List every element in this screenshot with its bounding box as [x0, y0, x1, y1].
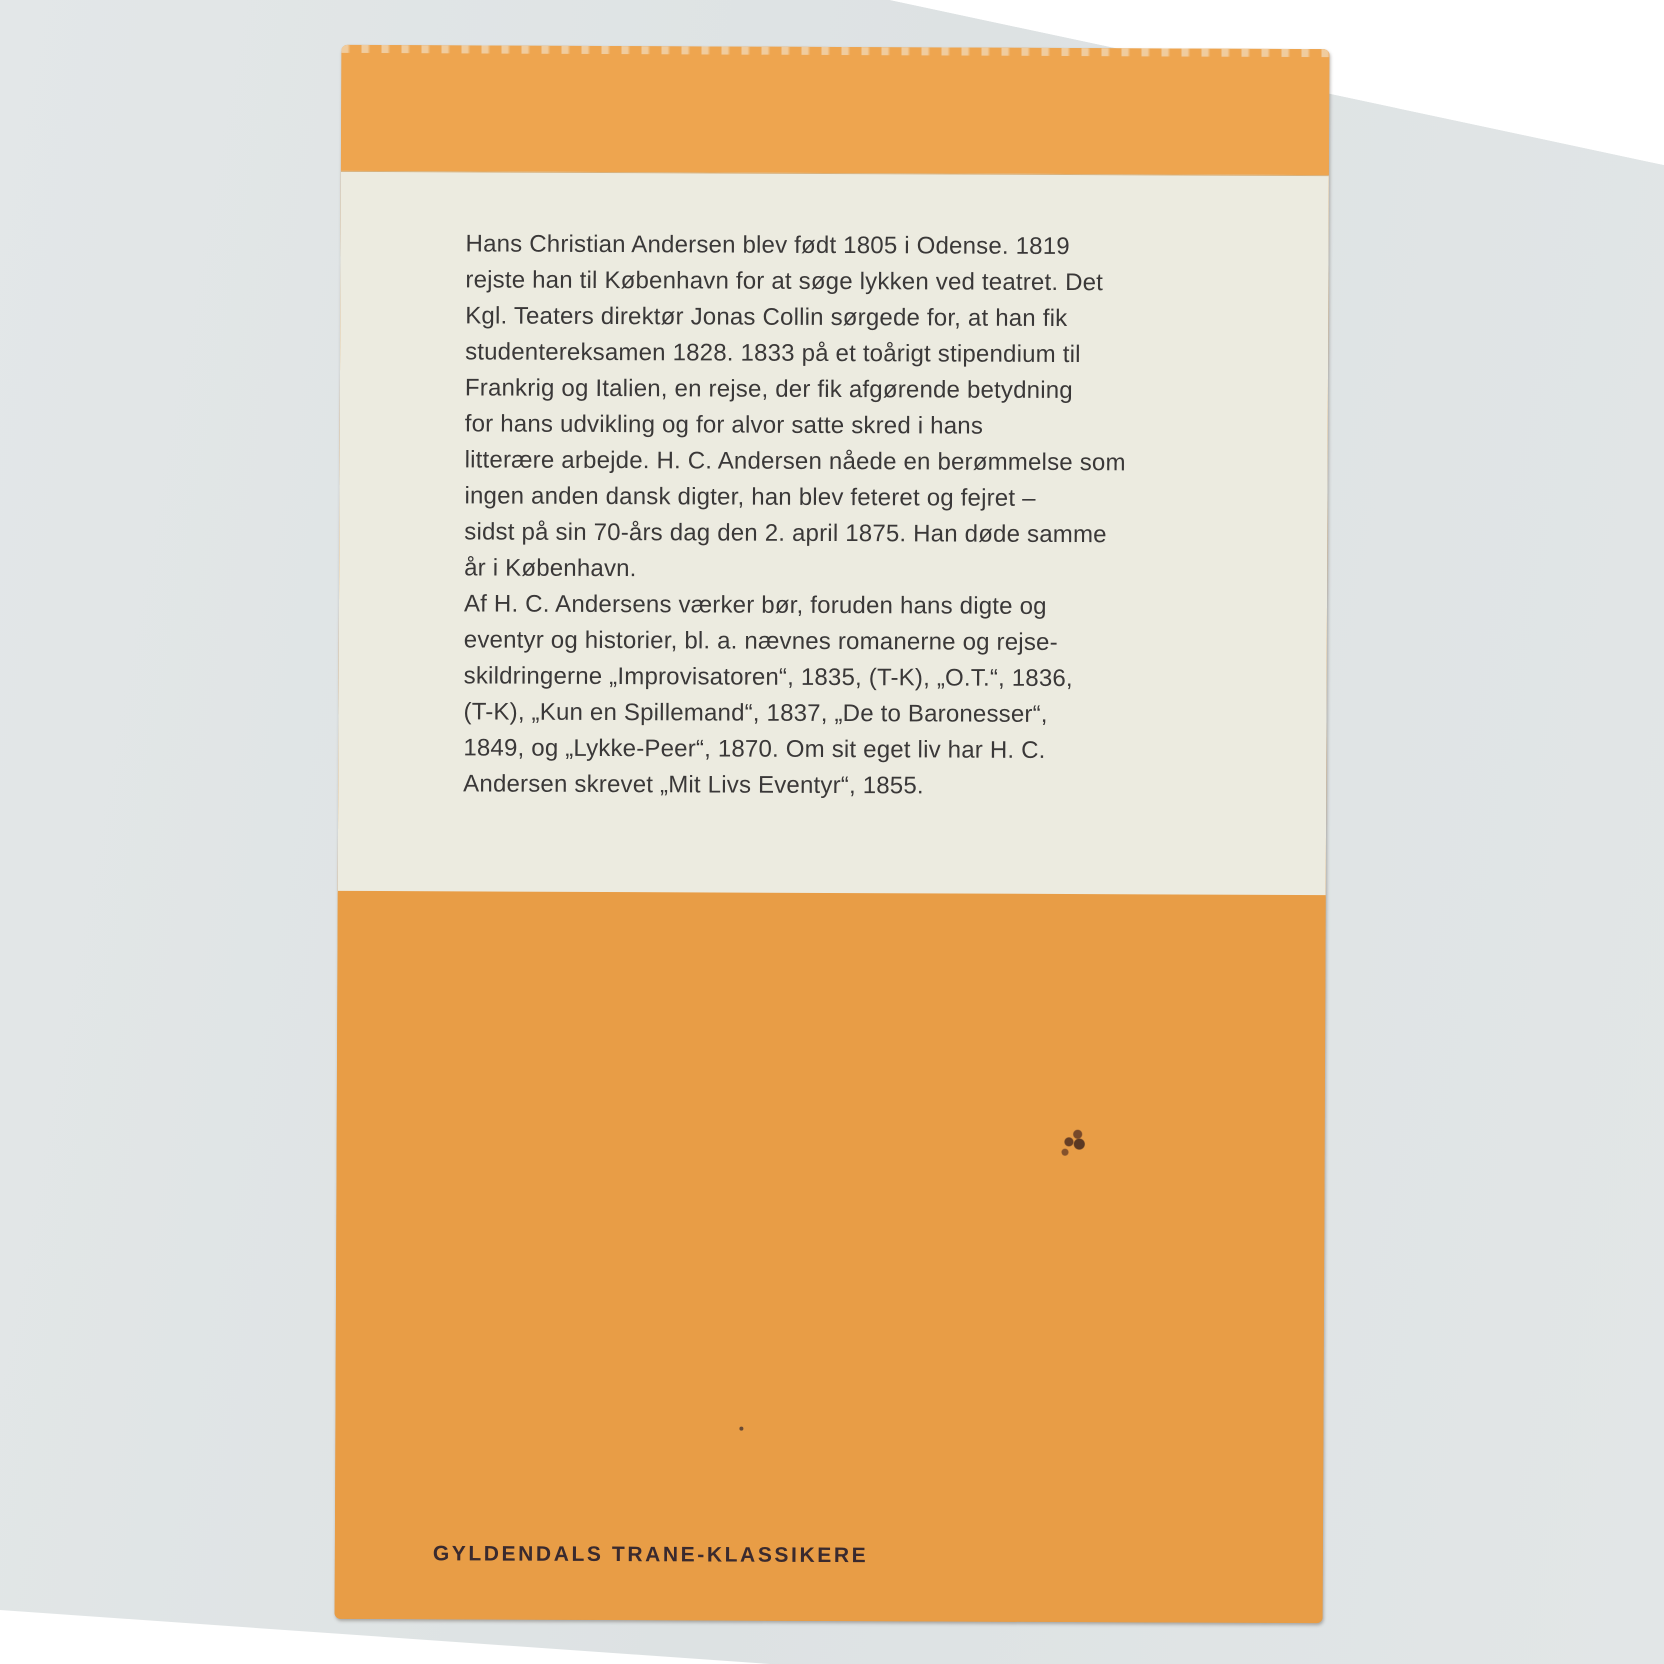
blurb-line: sidst på sin 70-års dag den 2. april 187…	[464, 514, 1284, 554]
blurb-line: Andersen skrevet „Mit Livs Eventyr“, 185…	[463, 766, 1283, 806]
top-orange-band	[341, 45, 1330, 175]
bottom-orange-band	[335, 891, 1326, 1623]
book-back-cover: Hans Christian Andersen blev født 1805 i…	[335, 45, 1330, 1623]
blurb-line: år i København.	[464, 550, 1284, 590]
publisher-series-label: GYLDENDALS TRANE-KLASSIKERE	[433, 1542, 868, 1568]
blurb-line: litterære arbejde. H. C. Andersen nåede …	[465, 442, 1285, 482]
blurb-line: 1849, og „Lykke-Peer“, 1870. Om sit eget…	[463, 730, 1283, 770]
blurb-line: skildringerne „Improvisatoren“, 1835, (T…	[464, 658, 1284, 698]
speck-mark	[739, 1427, 743, 1431]
blurb-line: eventyr og historier, bl. a. nævnes roma…	[464, 622, 1284, 662]
blurb-line: Hans Christian Andersen blev født 1805 i…	[465, 226, 1285, 266]
blurb-line: studentereksamen 1828. 1833 på et toårig…	[465, 334, 1285, 374]
blurb-line: ingen anden dansk digter, han blev feter…	[464, 478, 1284, 518]
blurb-line: for hans udvikling og for alvor satte sk…	[465, 406, 1285, 446]
blurb-line: (T-K), „Kun en Spillemand“, 1837, „De to…	[463, 694, 1283, 734]
blurb-line: Af H. C. Andersens værker bør, foruden h…	[464, 586, 1284, 626]
blurb-line: rejste han til København for at søge lyk…	[465, 262, 1285, 302]
blurb-line: Kgl. Teaters direktør Jonas Collin sørge…	[465, 298, 1285, 338]
blurb-panel: Hans Christian Andersen blev født 1805 i…	[338, 171, 1329, 897]
blurb-line: Frankrig og Italien, en rejse, der fik a…	[465, 370, 1285, 410]
author-biography: Hans Christian Andersen blev født 1805 i…	[463, 226, 1286, 806]
